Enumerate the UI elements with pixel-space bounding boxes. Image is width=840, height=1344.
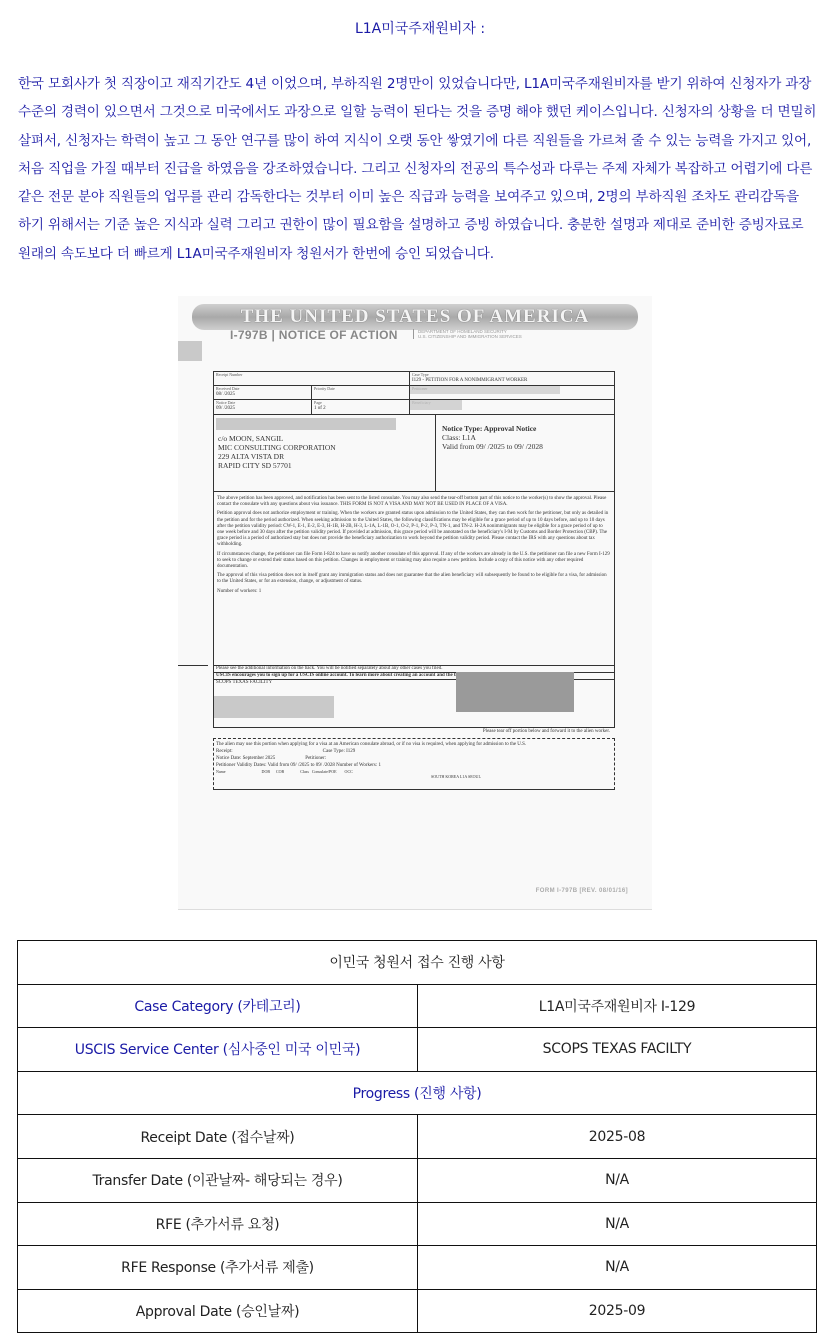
- case-category-value: L1A미국주재원비자 I-129: [418, 984, 817, 1028]
- priority-date-cell: Priority Date: [312, 386, 410, 399]
- notice-type-block: Notice Type: Approval Notice Class: L1A …: [435, 414, 616, 491]
- table-row: USCIS Service Center (심사중인 미국 이민국) SCOPS…: [18, 1028, 817, 1072]
- case-type-cell: Case TypeI129 - PETITION FOR A NONIMMIGR…: [410, 372, 614, 385]
- section-heading: L1A미국주재원비자 :: [0, 18, 840, 38]
- address-line: 229 ALTA VISTA DR: [218, 452, 336, 461]
- form-footer: FORM I-797B [REV. 08/01/16]: [536, 888, 628, 894]
- notice-validity: Valid from 09/ /2025 to 09/ /2028: [442, 442, 610, 451]
- tear-values: SOUTH KOREA L1A SEOUL: [216, 774, 612, 779]
- notice-paragraph: The approval of this visa petition does …: [217, 573, 611, 585]
- tear-petitioner: Petitioner:: [305, 755, 326, 762]
- notice-class: Class: L1A: [442, 433, 610, 442]
- redaction: [214, 696, 334, 718]
- service-center-label: USCIS Service Center (심사중인 미국 이민국): [18, 1028, 418, 1072]
- transfer-date-label: Transfer Date (이관날짜- 해당되는 경우): [18, 1158, 418, 1202]
- progress-table: 이민국 청원서 접수 진행 사항 Case Category (카테고리) L1…: [17, 940, 817, 1333]
- receipt-date-value: 2025-08: [418, 1115, 817, 1159]
- intro-paragraph: 한국 모회사가 첫 직장이고 재직기간도 4년 이었으며, 부하직원 2명만이 …: [18, 70, 824, 268]
- received-date-cell: Received Date08/ /2025: [214, 386, 312, 399]
- rfe-label: RFE (추가서류 요청): [18, 1202, 418, 1246]
- dept-line-2: U.S. CITIZENSHIP AND IMMIGRATION SERVICE…: [418, 334, 522, 339]
- redaction: [456, 672, 574, 712]
- table-row: Progress (진행 사항): [18, 1071, 817, 1115]
- transfer-date-value: N/A: [418, 1158, 817, 1202]
- redaction: [410, 386, 560, 394]
- tear-off-note: Please tear off portion below and forwar…: [483, 729, 610, 734]
- address-block: c/o MOON, SANGIL MIC CONSULTING CORPORAT…: [213, 414, 615, 492]
- case-category-label: Case Category (카테고리): [18, 984, 418, 1028]
- tear-receipt: Receipt:: [216, 748, 233, 755]
- margin-mark: [178, 665, 208, 666]
- rfe-value: N/A: [418, 1202, 817, 1246]
- notice-paragraph: Petition approval does not authorize emp…: [217, 511, 611, 548]
- table-title: 이민국 청원서 접수 진행 사항: [18, 941, 817, 985]
- notice-paragraph: If circumstances change, the petitioner …: [217, 552, 611, 571]
- table-row: Case Category (카테고리) L1A미국주재원비자 I-129: [18, 984, 817, 1028]
- tear-off-portion: The alien may use this portion when appl…: [213, 738, 615, 790]
- service-center-value: SCOPS TEXAS FACILTY: [418, 1028, 817, 1072]
- redaction: [178, 341, 202, 361]
- notice-body: The above petition has been approved, an…: [213, 492, 615, 666]
- rfe-response-value: N/A: [418, 1246, 817, 1290]
- progress-header: Progress (진행 사항): [18, 1071, 817, 1115]
- table-row: RFE (추가서류 요청) N/A: [18, 1202, 817, 1246]
- rfe-response-label: RFE Response (추가서류 제출): [18, 1246, 418, 1290]
- receipt-date-label: Receipt Date (접수날짜): [18, 1115, 418, 1159]
- notice-title: I-797B | NOTICE OF ACTION: [230, 328, 398, 342]
- notice-paragraph: The above petition has been approved, an…: [217, 496, 611, 508]
- table-row: Receipt Date (접수날짜) 2025-08: [18, 1115, 817, 1159]
- address-line: MIC CONSULTING CORPORATION: [218, 443, 336, 452]
- table-row: Transfer Date (이관날짜- 해당되는 경우) N/A: [18, 1158, 817, 1202]
- approval-date-label: Approval Date (승인날짜): [18, 1289, 418, 1333]
- approval-date-value: 2025-09: [418, 1289, 817, 1333]
- redaction: [216, 418, 396, 430]
- address-line: RAPID CITY SD 57701: [218, 461, 336, 470]
- table-row: RFE Response (추가서류 제출) N/A: [18, 1246, 817, 1290]
- notice-department: DEPARTMENT OF HOMELAND SECURITY U.S. CIT…: [413, 329, 522, 339]
- redaction: [410, 400, 462, 410]
- table-row: Approval Date (승인날짜) 2025-09: [18, 1289, 817, 1333]
- table-row: 이민국 청원서 접수 진행 사항: [18, 941, 817, 985]
- notice-footer-box: Please see the additional information on…: [213, 666, 615, 728]
- receipt-number-cell: Receipt Number: [214, 372, 410, 385]
- number-of-workers: Number of workers: 1: [217, 589, 611, 595]
- approval-notice-image: THE UNITED STATES OF AMERICA I-797B | NO…: [178, 296, 652, 910]
- tear-intro: The alien may use this portion when appl…: [216, 741, 612, 748]
- tear-case-type: Case Type: I129: [323, 748, 356, 755]
- notice-date-cell: Notice Date09/ /2025: [214, 400, 312, 414]
- tear-validity: Petitioner Validity Dates: Valid from 09…: [216, 762, 612, 769]
- notice-type: Notice Type: Approval Notice: [442, 424, 610, 433]
- address-line: c/o MOON, SANGIL: [218, 434, 336, 443]
- page-cell: Page1 of 2: [312, 400, 410, 414]
- tear-notice-date: Notice Date: September 2025: [216, 755, 275, 762]
- notice-banner: THE UNITED STATES OF AMERICA: [192, 304, 638, 330]
